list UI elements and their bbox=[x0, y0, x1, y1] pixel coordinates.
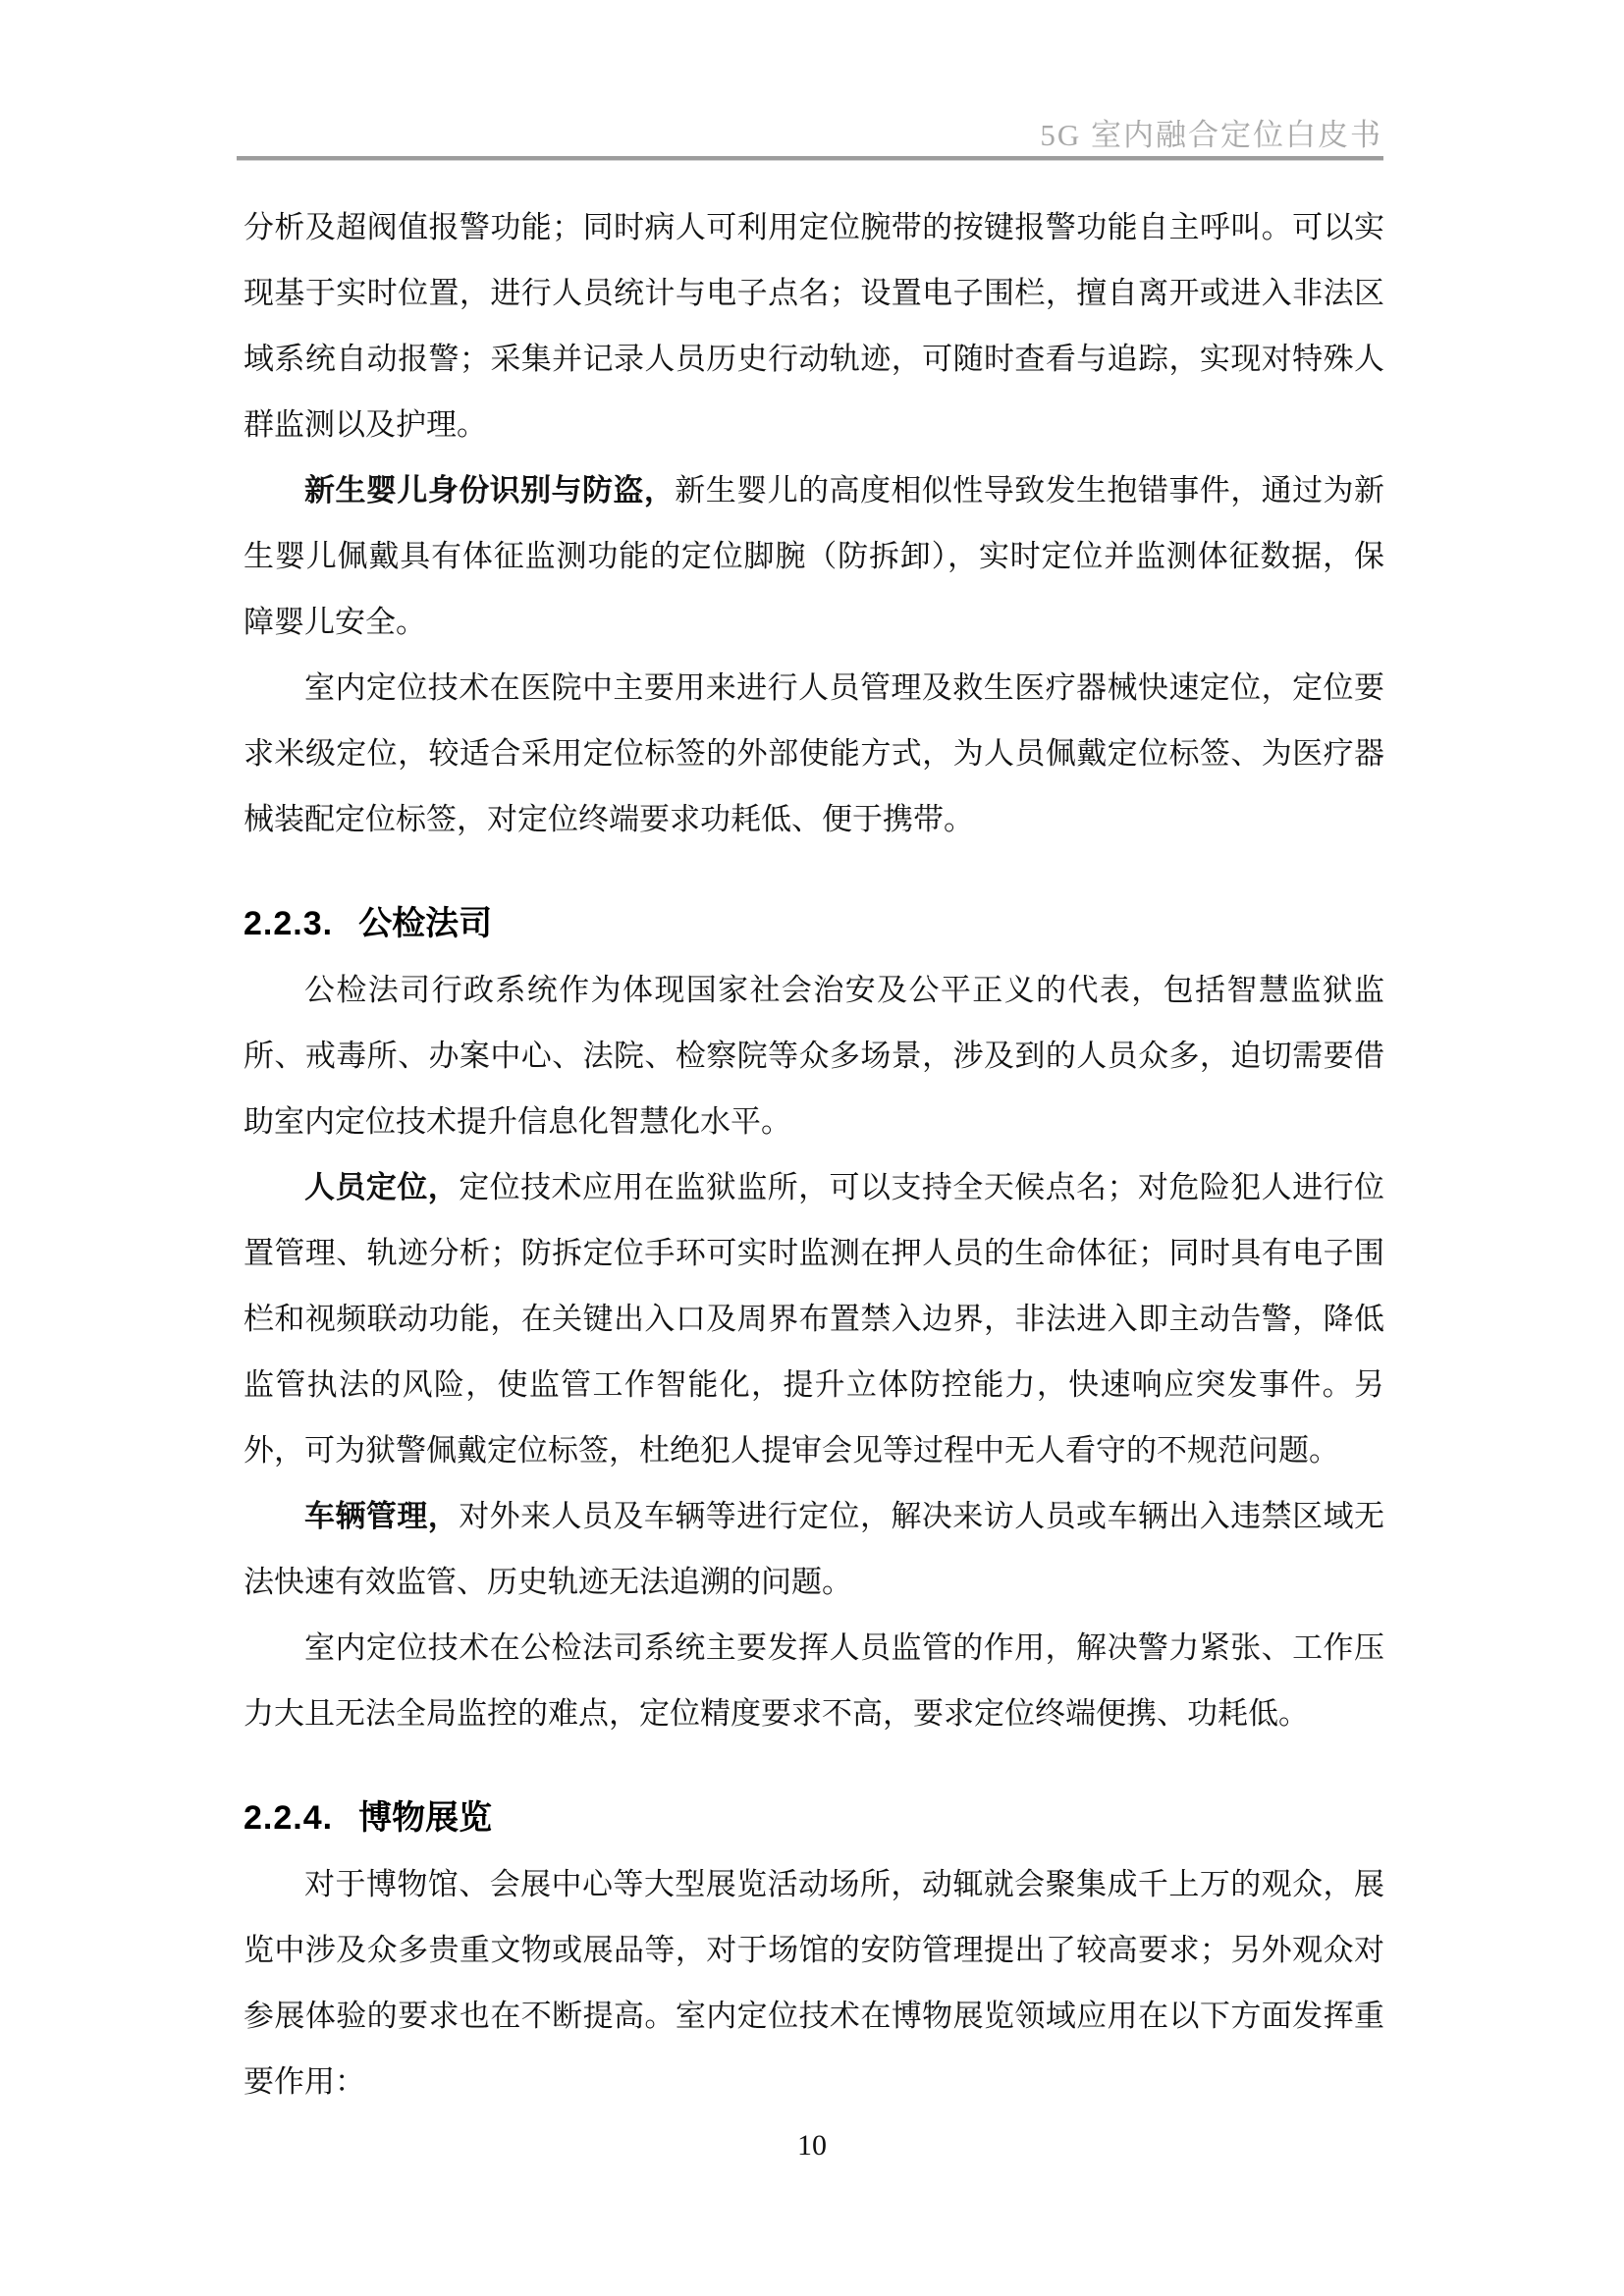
heading-title: 公检法司 bbox=[358, 905, 492, 942]
heading-title: 博物展览 bbox=[358, 1799, 492, 1837]
paragraph-text: 定位技术应用在监狱监所，可以支持全天候点名；对危险犯人进行位置管理、轨迹分析；防… bbox=[244, 1170, 1384, 1468]
paragraph-text: 室内定位技术在公检法司系统主要发挥人员监管的作用，解决警力紧张、工作压力大且无法… bbox=[244, 1630, 1384, 1731]
paragraph-lead: 人员定位， bbox=[304, 1170, 459, 1204]
paragraph-text: 分析及超阀值报警功能；同时病人可利用定位腕带的按键报警功能自主呼叫。可以实现基于… bbox=[244, 210, 1384, 442]
paragraph-text: 公检法司行政系统作为体现国家社会治安及公平正义的代表，包括智慧监狱监所、戒毒所、… bbox=[244, 973, 1384, 1139]
heading-number: 2.2.4. bbox=[244, 1786, 333, 1851]
paragraph-lead: 新生婴儿身份识别与防盗， bbox=[304, 473, 675, 507]
section-heading-223: 2.2.3.公检法司 bbox=[244, 891, 1384, 957]
paragraph-hospital-positioning: 室内定位技术在医院中主要用来进行人员管理及救生医疗器械快速定位，定位要求米级定位… bbox=[244, 655, 1384, 852]
paragraph-justice-overview: 公检法司行政系统作为体现国家社会治安及公平正义的代表，包括智慧监狱监所、戒毒所、… bbox=[244, 957, 1384, 1154]
header-rule bbox=[237, 156, 1383, 161]
page-header-title: 5G 室内融合定位白皮书 bbox=[1040, 117, 1382, 154]
section-heading-224: 2.2.4.博物展览 bbox=[244, 1786, 1384, 1851]
heading-number: 2.2.3. bbox=[244, 891, 333, 957]
paragraph-text: 对于博物馆、会展中心等大型展览活动场所，动辄就会聚集成千上万的观众，展览中涉及众… bbox=[244, 1867, 1384, 2099]
document-page: 5G 室内融合定位白皮书 分析及超阀值报警功能；同时病人可利用定位腕带的按键报警… bbox=[0, 0, 1624, 2296]
paragraph-text: 室内定位技术在医院中主要用来进行人员管理及救生医疗器械快速定位，定位要求米级定位… bbox=[244, 670, 1384, 836]
paragraph-justice-summary: 室内定位技术在公检法司系统主要发挥人员监管的作用，解决警力紧张、工作压力大且无法… bbox=[244, 1615, 1384, 1746]
paragraph-newborn-id: 新生婴儿身份识别与防盗，新生婴儿的高度相似性导致发生抱错事件，通过为新生婴儿佩戴… bbox=[244, 457, 1384, 655]
paragraph-personnel-positioning: 人员定位，定位技术应用在监狱监所，可以支持全天候点名；对危险犯人进行位置管理、轨… bbox=[244, 1154, 1384, 1483]
paragraph-vehicle-management: 车辆管理，对外来人员及车辆等进行定位，解决来访人员或车辆出入违禁区域无法快速有效… bbox=[244, 1483, 1384, 1615]
page-content: 分析及超阀值报警功能；同时病人可利用定位腕带的按键报警功能自主呼叫。可以实现基于… bbox=[244, 194, 1384, 2114]
page-number: 10 bbox=[0, 2126, 1624, 2165]
paragraph-museum-overview: 对于博物馆、会展中心等大型展览活动场所，动辄就会聚集成千上万的观众，展览中涉及众… bbox=[244, 1851, 1384, 2114]
paragraph-lead: 车辆管理， bbox=[304, 1499, 459, 1533]
paragraph-hospital-summary-continued: 分析及超阀值报警功能；同时病人可利用定位腕带的按键报警功能自主呼叫。可以实现基于… bbox=[244, 194, 1384, 457]
